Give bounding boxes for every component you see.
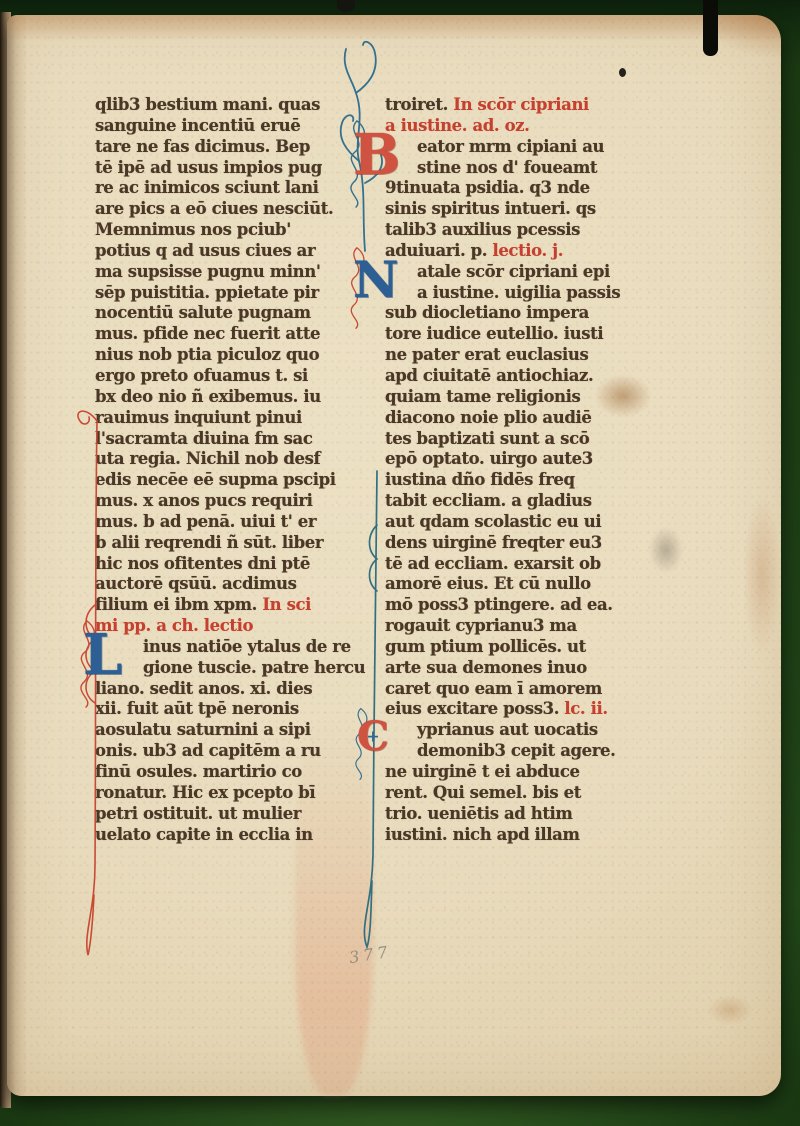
text-line: ronatur. Hic ex pcepto bī	[95, 783, 359, 804]
body-text: Memnimus nos pciub'	[95, 220, 291, 239]
text-line: aduiuari. p. lectio. j.	[385, 241, 657, 262]
text-line: sanguine incentiū eruē	[95, 116, 359, 137]
manuscript-page: qlib3 bestium mani. quassanguine incenti…	[7, 15, 781, 1096]
body-text: rent. Qui semel. bis et	[385, 783, 581, 802]
text-line: a iustine. uigilia passis	[385, 283, 657, 304]
rubric-text: a iustine. ad. oz.	[385, 116, 530, 135]
text-line: mō poss3 ptingere. ad ea.	[385, 595, 657, 616]
body-text: trio. ueniētis ad htim	[385, 804, 572, 823]
body-text: gione tuscie. patre hercu	[143, 658, 365, 677]
text-line: edis necēe eē supma pscipi	[95, 470, 359, 491]
text-line: liano. sedit anos. xi. dies	[95, 679, 359, 700]
text-line: talib3 auxilius pcessis	[385, 220, 657, 241]
illuminated-initial-N: N	[353, 258, 399, 302]
text-line: eius excitare poss3. lc. ii.	[385, 699, 657, 720]
text-line: xii. fuit aūt tpē neronis	[95, 699, 359, 720]
body-text: tabit eccliam. a gladius	[385, 491, 592, 510]
text-line: apd ciuitatē antiochiaz.	[385, 366, 657, 387]
body-text: mus. pfide nec fuerit atte	[95, 324, 320, 343]
body-text: iustina dño fidēs freq	[385, 470, 575, 489]
body-text: demonib3 cepit agere.	[417, 741, 616, 760]
body-text: potius q ad usus ciues ar	[95, 241, 315, 260]
body-text: mō poss3 ptingere. ad ea.	[385, 595, 613, 614]
text-line: troiret. In scōr cipriani	[385, 95, 657, 116]
body-text: tē ad eccliam. exarsit ob	[385, 554, 601, 573]
body-text: arte sua demones inuo	[385, 658, 587, 677]
body-text: mus. x anos pucs requiri	[95, 491, 313, 510]
text-line: trio. ueniētis ad htim	[385, 804, 657, 825]
text-line: tē ipē ad usus impios pug	[95, 158, 359, 179]
body-text: gum ptium pollicēs. ut	[385, 637, 586, 656]
text-line: auctorē qsūū. acdimus	[95, 574, 359, 595]
text-line: diacono noie plio audiē	[385, 408, 657, 429]
initial-letter: B	[353, 131, 400, 180]
text-line: nocentiū salute pugnam	[95, 303, 359, 324]
body-text: sub diocletiano impera	[385, 303, 589, 322]
body-text: apd ciuitatē antiochiaz.	[385, 366, 593, 385]
text-line: are pics a eō ciues nesciūt.	[95, 199, 359, 220]
text-line: mus. b ad penā. uiui t' er	[95, 512, 359, 533]
manuscript-photo: qlib3 bestium mani. quassanguine incenti…	[0, 0, 800, 1126]
text-line: aosulatu saturnini a sipi	[95, 720, 359, 741]
text-line: ne uirginē t ei abduce	[385, 762, 657, 783]
text-line: l'sacramta diuina fm sac	[95, 429, 359, 450]
text-line: mus. pfide nec fuerit atte	[95, 324, 359, 345]
body-text: yprianus aut uocatis	[417, 720, 598, 739]
text-line: finū osules. martirio co	[95, 762, 359, 783]
body-text: epō optato. uirgo aute3	[385, 449, 593, 468]
text-line: uelato capite in ecclia in	[95, 825, 359, 846]
body-text: inus natiōe ytalus de re	[143, 637, 351, 656]
body-text: ronatur. Hic ex pcepto bī	[95, 783, 315, 802]
text-line: rauimus inquiunt pinui	[95, 408, 359, 429]
body-text: rogauit cyprianu3 ma	[385, 616, 577, 635]
stain-foxing-spot	[707, 995, 753, 1025]
body-text: sēp puistitia. ppietate pir	[95, 283, 319, 302]
body-text: rauimus inquiunt pinui	[95, 408, 302, 427]
body-text: re ac inimicos sciunt lani	[95, 178, 319, 197]
body-text: 9tinuata psidia. q3 nde	[385, 178, 590, 197]
ink-speck-right	[619, 68, 626, 77]
text-line: mus. x anos pucs requiri	[95, 491, 359, 512]
column-right-lines: troiret. In scōr cipriania iustine. ad. …	[385, 95, 657, 845]
text-line: tare ne fas dicimus. Bep	[95, 137, 359, 158]
body-text: hic nos ofitentes dni ptē	[95, 554, 310, 573]
text-line: 9tinuata psidia. q3 nde	[385, 178, 657, 199]
text-line: gione tuscie. patre hercu	[95, 658, 359, 679]
text-line: b alii reqrendi ñ sūt. liber	[95, 533, 359, 554]
text-line: atale scōr cipriani epi	[385, 262, 657, 283]
text-line: demonib3 cepit agere.	[385, 741, 657, 762]
body-text: onis. ub3 ad capitēm a ru	[95, 741, 321, 760]
body-text: nius nob ptia piculoz quo	[95, 345, 319, 364]
text-line: iustina dño fidēs freq	[385, 470, 657, 491]
ink-speck-top-center	[337, 0, 355, 12]
text-line: sub diocletiano impera	[385, 303, 657, 324]
text-line: nius nob ptia piculoz quo	[95, 345, 359, 366]
body-text: dens uirginē freqter eu3	[385, 533, 602, 552]
text-line: qlib3 bestium mani. quas	[95, 95, 359, 116]
text-line: sinis spiritus intueri. qs	[385, 199, 657, 220]
body-text: aut qdam scolastic eu ui	[385, 512, 601, 531]
text-line: uta regia. Nichil nob desf	[95, 449, 359, 470]
body-text: ma supsisse pugnu minn'	[95, 262, 320, 281]
text-line: ma supsisse pugnu minn'	[95, 262, 359, 283]
text-line: rent. Qui semel. bis et	[385, 783, 657, 804]
text-line: tabit eccliam. a gladius	[385, 491, 657, 512]
initial-letter: L	[83, 631, 122, 680]
text-line: yprianus aut uocatis	[385, 720, 657, 741]
body-text: iustini. nich apd illam	[385, 825, 580, 844]
body-text: eius excitare poss3.	[385, 699, 564, 718]
body-text: uelato capite in ecclia in	[95, 825, 313, 844]
stain-right-edge	[743, 495, 781, 655]
rubric-text: lc. ii.	[564, 699, 607, 718]
body-text: uta regia. Nichil nob desf	[95, 449, 320, 468]
text-line: amorē eius. Et cū nullo	[385, 574, 657, 595]
text-line: caret quo eam ī amorem	[385, 679, 657, 700]
body-text: bx deo nio ñ exibemus. iu	[95, 387, 321, 406]
initial-inner-decoration: +	[366, 729, 379, 743]
body-text: tore iudice eutellio. iusti	[385, 324, 603, 343]
body-text: petri ostituit. ut mulier	[95, 804, 301, 823]
body-text: troiret.	[385, 95, 453, 114]
initial-letter: N	[353, 258, 399, 302]
body-text: ne uirginē t ei abduce	[385, 762, 580, 781]
column-left: qlib3 bestium mani. quassanguine incenti…	[95, 95, 359, 845]
text-line: stine nos d' foueamt	[385, 158, 657, 179]
body-text: a iustine. uigilia passis	[417, 283, 620, 302]
rubric-text: In scōr cipriani	[453, 95, 589, 114]
body-text: xii. fuit aūt tpē neronis	[95, 699, 299, 718]
body-text: aduiuari. p.	[385, 241, 492, 260]
text-line: quiam tame religionis	[385, 387, 657, 408]
body-text: qlib3 bestium mani. quas	[95, 95, 320, 114]
text-line: filium ei ibm xpm. In sci	[95, 595, 359, 616]
text-line: a iustine. ad. oz.	[385, 116, 657, 137]
body-text: tē ipē ad usus impios pug	[95, 158, 322, 177]
text-line: epō optato. uirgo aute3	[385, 449, 657, 470]
body-text: edis necēe eē supma pscipi	[95, 470, 336, 489]
body-text: auctorē qsūū. acdimus	[95, 574, 297, 593]
text-line: tē ad eccliam. exarsit ob	[385, 554, 657, 575]
body-text: tare ne fas dicimus. Bep	[95, 137, 310, 156]
text-line: Memnimus nos pciub'	[95, 220, 359, 241]
illuminated-initial-L: L	[83, 631, 122, 680]
body-text: tes baptizati sunt a scō	[385, 429, 589, 448]
body-text: sinis spiritus intueri. qs	[385, 199, 596, 218]
rubric-text: In sci	[262, 595, 311, 614]
body-text: finū osules. martirio co	[95, 762, 302, 781]
rubric-text: lectio. j.	[492, 241, 563, 260]
body-text: quiam tame religionis	[385, 387, 580, 406]
text-line: eator mrm cipiani au	[385, 137, 657, 158]
body-text: amorē eius. Et cū nullo	[385, 574, 591, 593]
body-text: b alii reqrendi ñ sūt. liber	[95, 533, 323, 552]
body-text: liano. sedit anos. xi. dies	[95, 679, 312, 698]
illuminated-initial-B: B	[353, 131, 400, 180]
column-right: troiret. In scōr cipriania iustine. ad. …	[385, 95, 657, 845]
body-text: filium ei ibm xpm.	[95, 595, 262, 614]
body-text: are pics a eō ciues nesciūt.	[95, 199, 333, 218]
text-line: hic nos ofitentes dni ptē	[95, 554, 359, 575]
text-line: arte sua demones inuo	[385, 658, 657, 679]
body-text: caret quo eam ī amorem	[385, 679, 602, 698]
body-text: nocentiū salute pugnam	[95, 303, 311, 322]
text-line: tore iudice eutellio. iusti	[385, 324, 657, 345]
text-line: aut qdam scolastic eu ui	[385, 512, 657, 533]
text-line: bx deo nio ñ exibemus. iu	[95, 387, 359, 408]
body-text: mus. b ad penā. uiui t' er	[95, 512, 316, 531]
folio-number-pencil: 377	[348, 942, 393, 967]
illuminated-initial-C: C+	[357, 719, 389, 754]
black-mark-top-right	[703, 0, 718, 56]
body-text: ne pater erat euclasius	[385, 345, 588, 364]
text-line: ergo preto ofuamus t. si	[95, 366, 359, 387]
body-text: diacono noie plio audiē	[385, 408, 591, 427]
text-line: rogauit cyprianu3 ma	[385, 616, 657, 637]
text-line: ne pater erat euclasius	[385, 345, 657, 366]
body-text: ergo preto ofuamus t. si	[95, 366, 308, 385]
text-line: tes baptizati sunt a scō	[385, 429, 657, 450]
gutter-shadow	[7, 15, 27, 1096]
text-line: petri ostituit. ut mulier	[95, 804, 359, 825]
body-text: aosulatu saturnini a sipi	[95, 720, 311, 739]
body-text: atale scōr cipriani epi	[417, 262, 610, 281]
text-line: gum ptium pollicēs. ut	[385, 637, 657, 658]
text-line: inus natiōe ytalus de re	[95, 637, 359, 658]
text-line: iustini. nich apd illam	[385, 825, 657, 846]
text-line: dens uirginē freqter eu3	[385, 533, 657, 554]
body-text: stine nos d' foueamt	[417, 158, 597, 177]
body-text: eator mrm cipiani au	[417, 137, 604, 156]
body-text: sanguine incentiū eruē	[95, 116, 300, 135]
text-line: potius q ad usus ciues ar	[95, 241, 359, 262]
body-text: l'sacramta diuina fm sac	[95, 429, 312, 448]
text-line: mi pp. a ch. lectio	[95, 616, 359, 637]
body-text: talib3 auxilius pcessis	[385, 220, 580, 239]
stain-top-edge	[7, 15, 781, 41]
text-line: onis. ub3 ad capitēm a ru	[95, 741, 359, 762]
column-left-lines: qlib3 bestium mani. quassanguine incenti…	[95, 95, 359, 845]
text-line: re ac inimicos sciunt lani	[95, 178, 359, 199]
text-line: sēp puistitia. ppietate pir	[95, 283, 359, 304]
